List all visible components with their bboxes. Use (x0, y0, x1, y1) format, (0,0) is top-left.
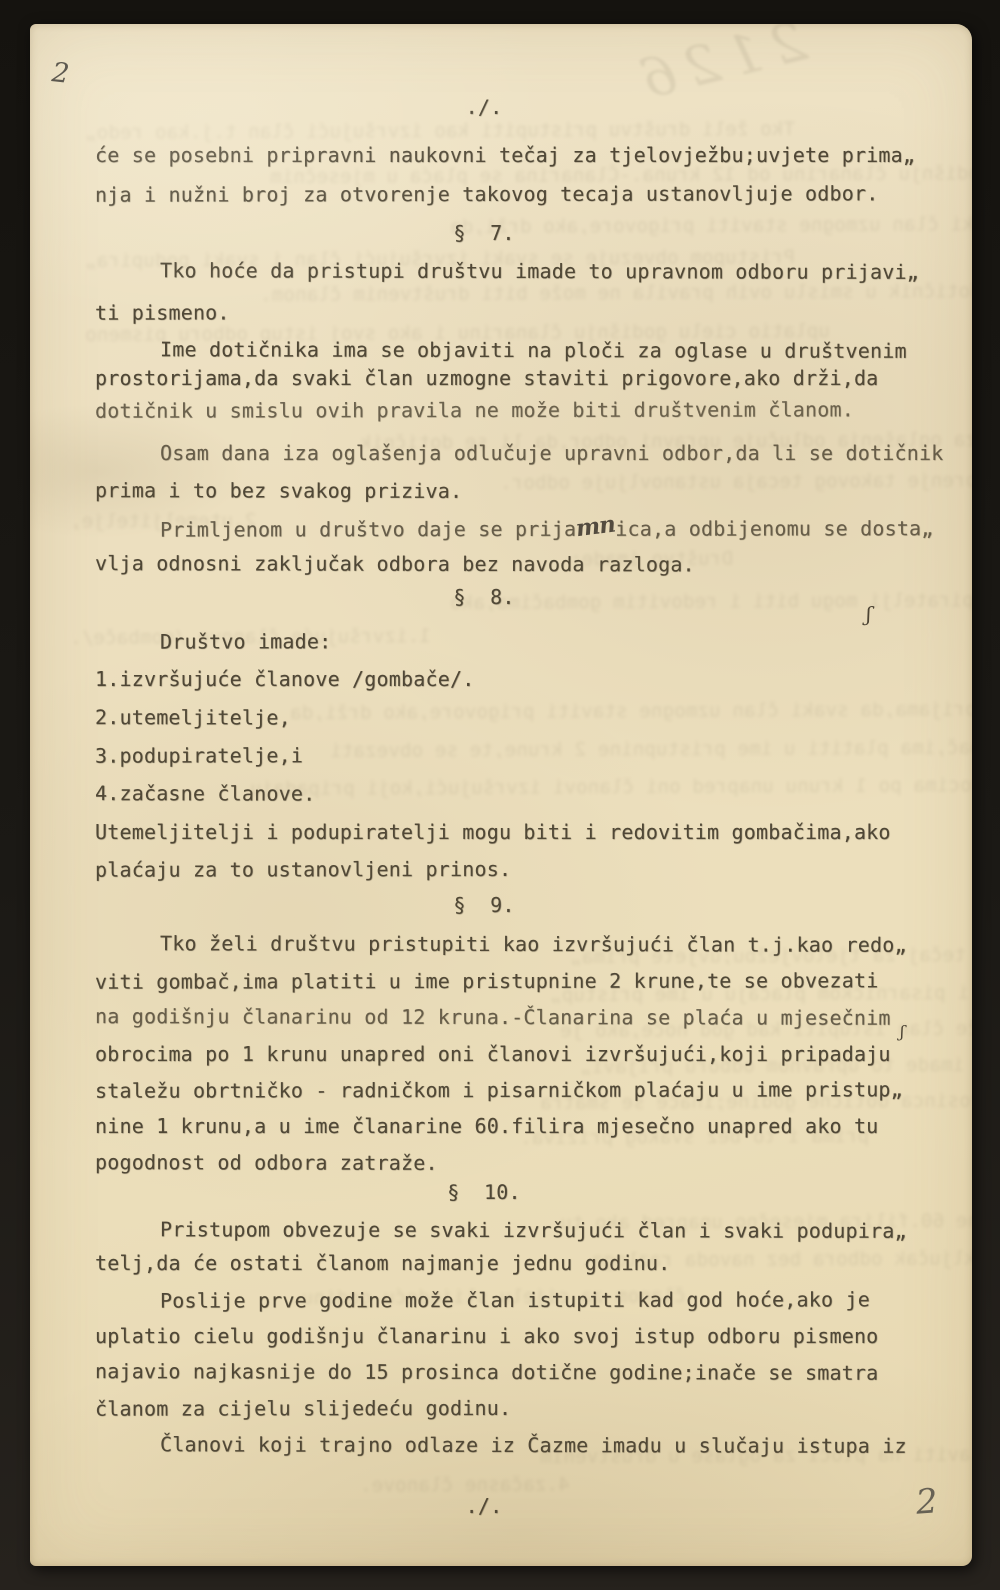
ink-stray-mark: ʃ (900, 1022, 904, 1041)
document-page: Tko želi društvu pristupiti kao izvršuju… (30, 24, 972, 1566)
stray-marks-layer: ʃʃ (30, 24, 972, 1566)
scanner-background: Tko želi društvu pristupiti kao izvršuju… (0, 0, 1000, 1590)
pencil-page-number-top-left: 2 (50, 57, 70, 90)
ink-stray-mark: ʃ (866, 602, 871, 626)
pencil-page-number-bottom-right: 2 (915, 1481, 939, 1522)
